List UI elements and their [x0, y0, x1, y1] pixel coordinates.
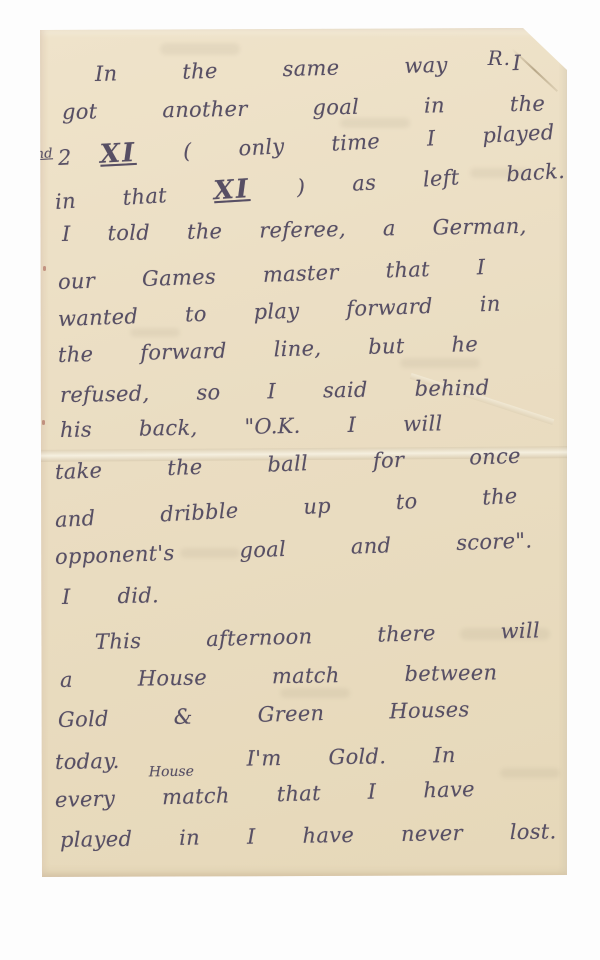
- line-text: I did.: [62, 583, 159, 609]
- line-text: I'm Gold. In: [246, 743, 455, 771]
- handwritten-line: our Games master that I: [58, 255, 486, 294]
- line-text: played in I have never lost.: [60, 819, 557, 852]
- inserted-word: House: [149, 764, 194, 781]
- line-text: opponent's goal and score".: [55, 528, 533, 569]
- line-text: 2: [57, 145, 72, 170]
- handwritten-line: every match that I have: [55, 777, 475, 812]
- show-through-smudge: [280, 688, 350, 698]
- handwritten-line: played in I have never lost.: [60, 819, 557, 852]
- handwritten-line: refused, so I said behind: [60, 376, 490, 407]
- handwritten-line: a House match between: [60, 660, 498, 692]
- line-text: got another goal in the: [62, 92, 546, 124]
- paper-speck: [43, 266, 46, 271]
- paper-speck: [42, 420, 45, 425]
- show-through-smudge: [400, 358, 480, 368]
- handwritten-line: wanted to play forward in: [58, 292, 501, 331]
- handwritten-line: In the same way I: [95, 51, 522, 86]
- line-text: ) as left back.: [296, 159, 565, 199]
- ordinal-suffix: nd: [35, 146, 53, 162]
- line-text: In the same way I: [95, 51, 522, 86]
- roman-numeral-xi: XI: [99, 138, 137, 170]
- line-text: wanted to play forward in: [58, 292, 501, 331]
- handwritten-line: got another goal in the: [62, 92, 546, 124]
- handwritten-line: I did.: [62, 583, 159, 609]
- show-through-smudge: [500, 768, 560, 778]
- line-text: Gold & Green Houses: [58, 697, 470, 732]
- line-text: and dribble up to the: [54, 484, 518, 532]
- line-text: ( only time I played: [183, 120, 556, 163]
- line-text: I told the referee, a German,: [62, 214, 527, 246]
- line-text: in that: [54, 183, 167, 214]
- handwritten-line: This afternoon there will: [95, 618, 541, 654]
- line-text: a House match between: [60, 660, 498, 692]
- line-text: his back, "O.K. I will: [60, 411, 443, 442]
- handwritten-line: his back, "O.K. I will: [60, 411, 443, 442]
- show-through-smudge: [130, 328, 180, 337]
- handwritten-line: and dribble up to the: [54, 484, 518, 532]
- handwritten-line: I told the referee, a German,: [62, 214, 527, 246]
- handwritten-line: Gold & Green Houses: [58, 697, 470, 732]
- line-text: every match that I have: [55, 777, 475, 812]
- scan-background: R. In the same way I got another goal in…: [0, 0, 600, 960]
- show-through-smudge: [160, 43, 240, 55]
- line-text: refused, so I said behind: [60, 376, 490, 407]
- handwritten-line: today. House I'm Gold. In: [55, 743, 456, 774]
- handwritten-line: opponent's goal and score".: [55, 528, 533, 569]
- line-text: today.: [55, 749, 120, 774]
- line-text: This afternoon there will: [95, 618, 541, 654]
- roman-numeral-xi: XI: [213, 174, 251, 206]
- letter-page: R. In the same way I got another goal in…: [40, 28, 567, 877]
- line-text: our Games master that I: [58, 255, 486, 294]
